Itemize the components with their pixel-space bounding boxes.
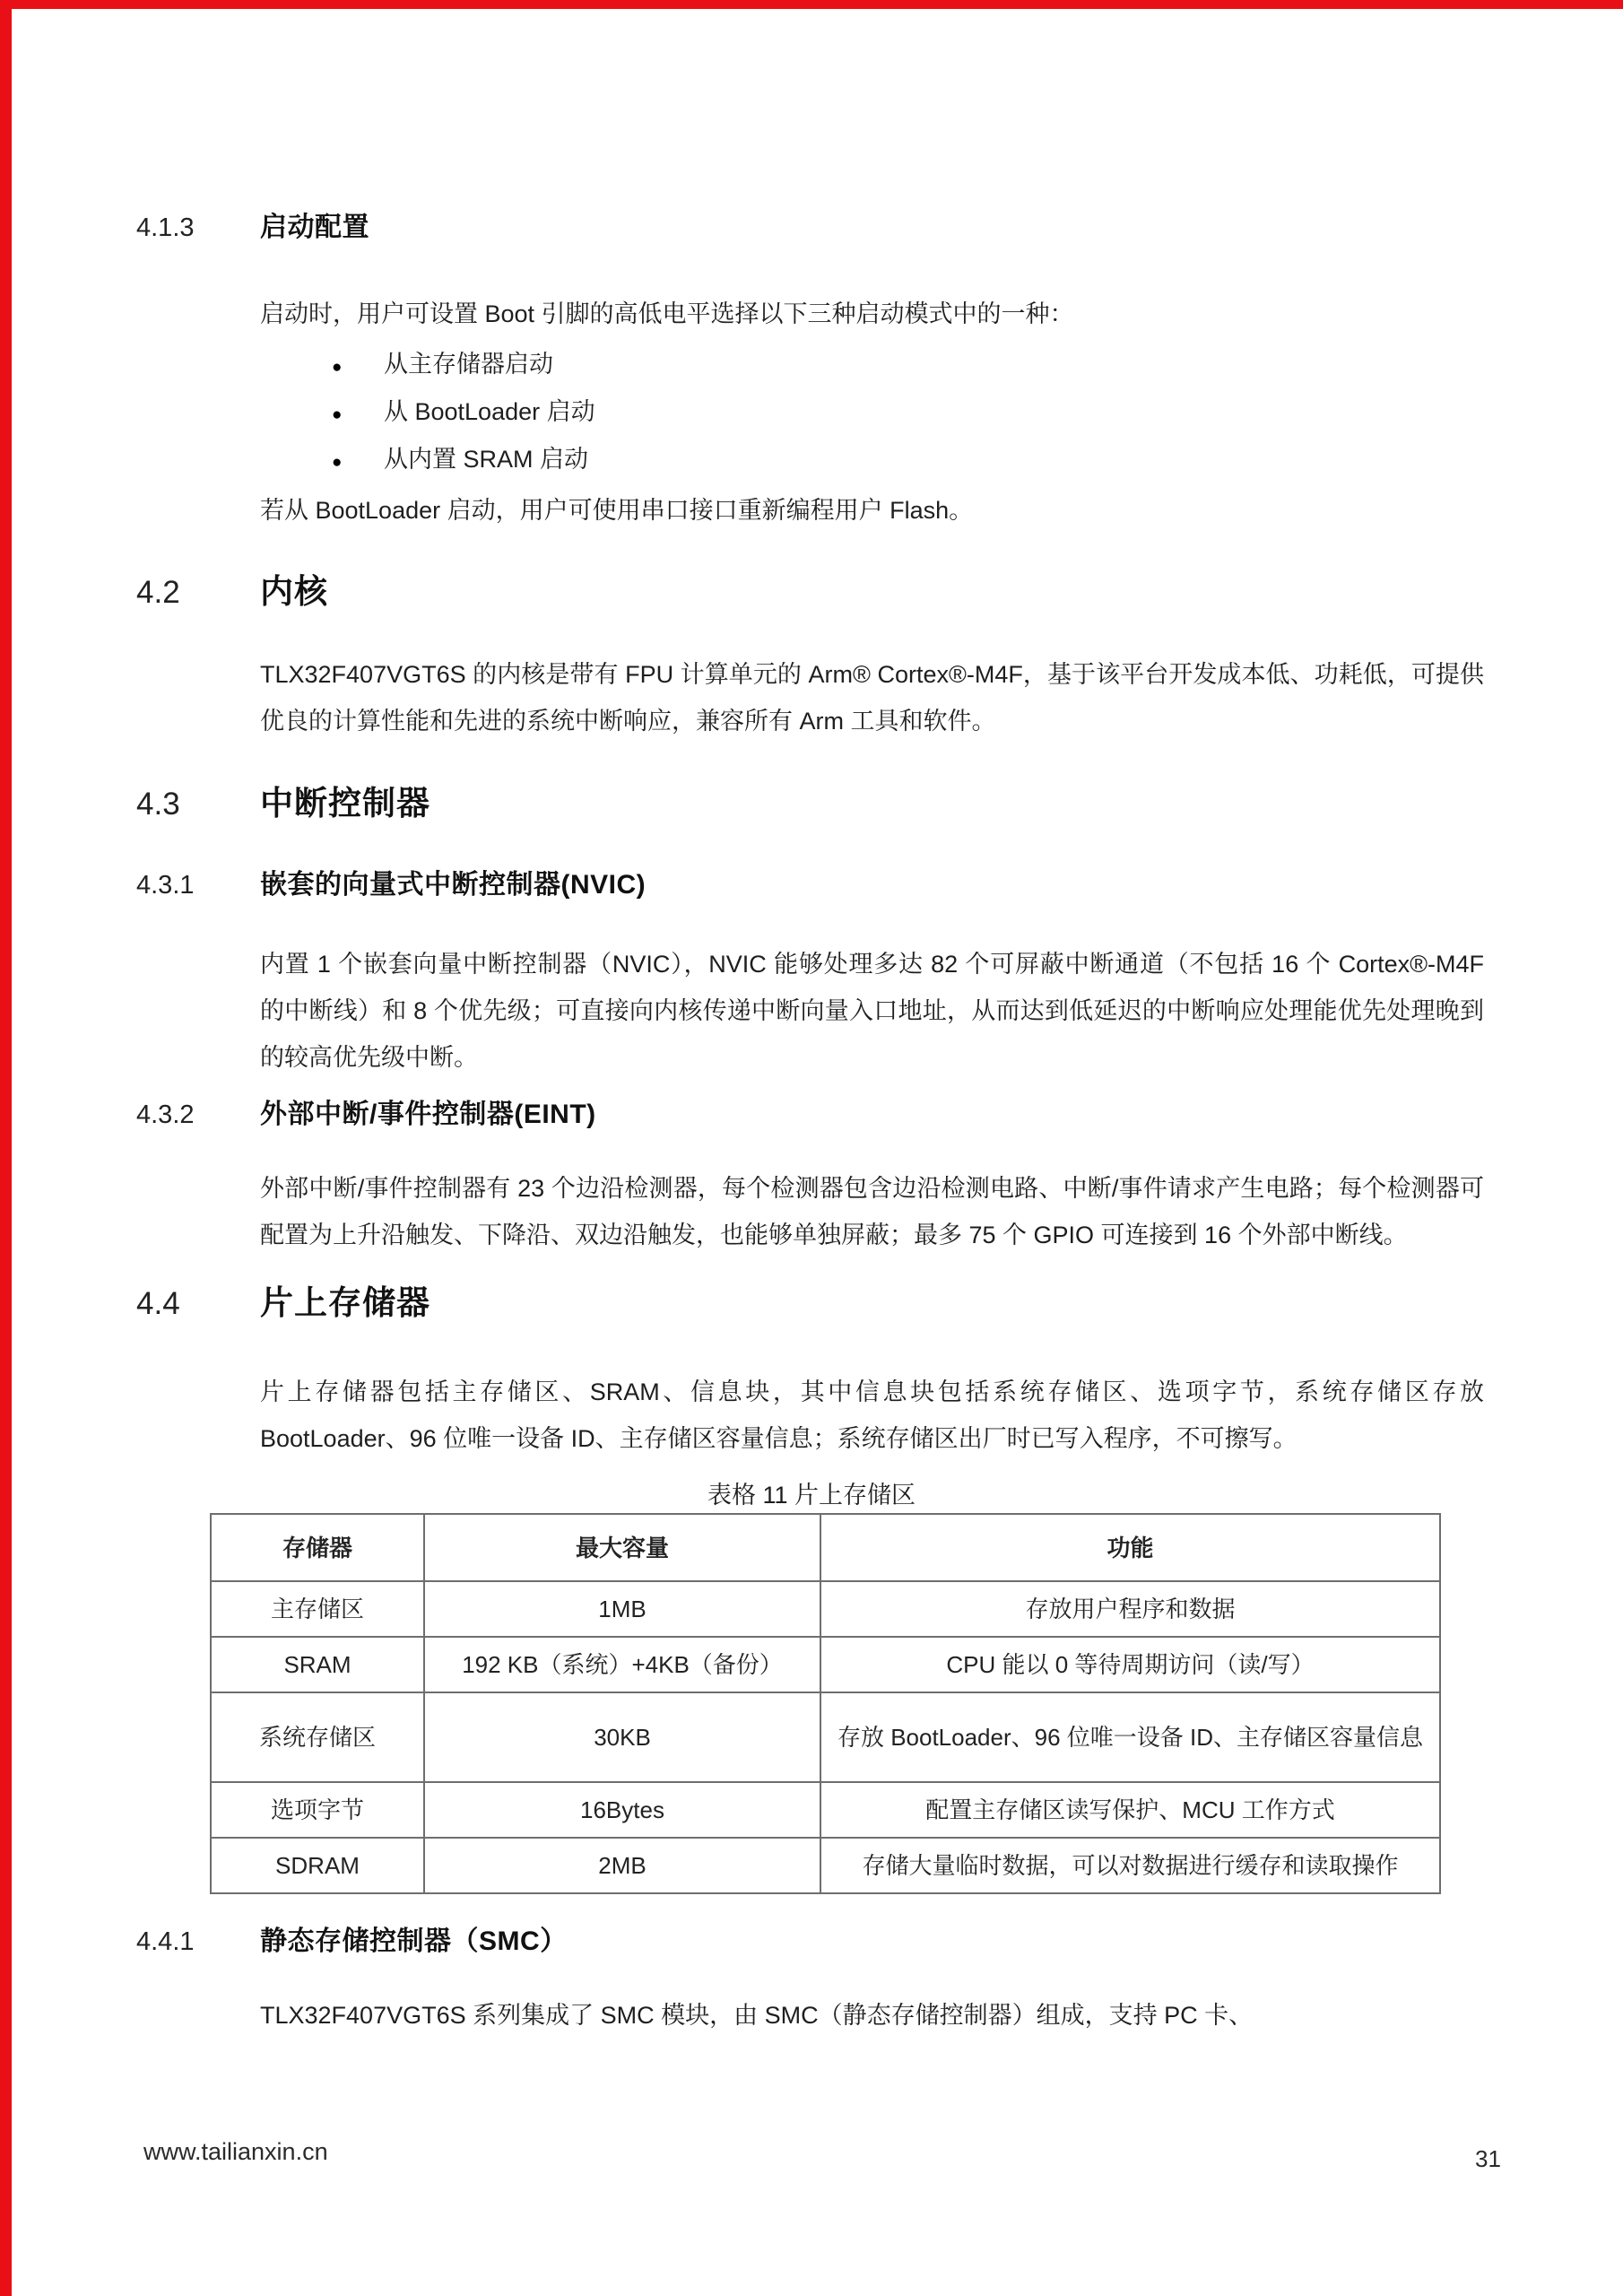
list-item: ● 从内置 SRAM 启动 — [260, 439, 1484, 487]
on-chip-memory-table: 存储器 最大容量 功能 主存储区 1MB 存放用户程序和数据 SRAM 192 … — [210, 1513, 1441, 1894]
cell-memory: 选项字节 — [211, 1782, 424, 1838]
paragraph-memory: 片上存储器包括主存储区、SRAM、信息块，其中信息块包括系统存储区、选项字节，系… — [260, 1369, 1484, 1462]
cell-function: 存放用户程序和数据 — [820, 1581, 1440, 1637]
bullet-icon: ● — [332, 453, 384, 473]
heading-4-4: 4.4 片上存储器 — [136, 1275, 1488, 1324]
cell-capacity: 16Bytes — [424, 1782, 820, 1838]
paragraph-nvic: 内置 1 个嵌套向量中断控制器（NVIC），NVIC 能够处理多达 82 个可屏… — [260, 941, 1484, 1081]
cell-function: CPU 能以 0 等待周期访问（读/写） — [820, 1637, 1440, 1692]
list-item-text: 从内置 SRAM 启动 — [384, 439, 588, 474]
heading-number: 4.3.1 — [136, 871, 260, 900]
column-header: 功能 — [820, 1514, 1440, 1581]
heading-4-3-1: 4.3.1 嵌套的向量式中断控制器(NVIC) — [136, 862, 1488, 901]
cell-function: 存储大量临时数据，可以对数据进行缓存和读取操作 — [820, 1838, 1440, 1893]
list-item-text: 从主存储器启动 — [384, 344, 553, 379]
document-page: 4.1.3 启动配置 启动时，用户可设置 Boot 引脚的高低电平选择以下三种启… — [0, 0, 1623, 2296]
bullet-icon: ● — [332, 405, 384, 425]
heading-number: 4.1.3 — [136, 213, 260, 243]
column-header: 存储器 — [211, 1514, 424, 1581]
red-left-border — [0, 0, 12, 2296]
heading-title: 内核 — [260, 564, 328, 613]
heading-number: 4.4 — [136, 1286, 260, 1322]
boot-mode-list: ● 从主存储器启动 ● 从 BootLoader 启动 ● 从内置 SRAM 启… — [260, 344, 1484, 487]
cell-capacity: 2MB — [424, 1838, 820, 1893]
bullet-icon: ● — [332, 358, 384, 378]
heading-4-4-1: 4.4.1 静态存储控制器（SMC） — [136, 1918, 1488, 1958]
table-row: SDRAM 2MB 存储大量临时数据，可以对数据进行缓存和读取操作 — [211, 1838, 1440, 1893]
heading-title: 外部中断/事件控制器(EINT) — [260, 1091, 596, 1131]
table-header-row: 存储器 最大容量 功能 — [211, 1514, 1440, 1581]
red-top-border — [0, 0, 1623, 9]
table-row: 主存储区 1MB 存放用户程序和数据 — [211, 1581, 1440, 1637]
heading-title: 静态存储控制器（SMC） — [260, 1918, 568, 1958]
heading-title: 嵌套的向量式中断控制器(NVIC) — [260, 862, 646, 901]
table-row: SRAM 192 KB（系统）+4KB（备份） CPU 能以 0 等待周期访问（… — [211, 1637, 1440, 1692]
paragraph-core: TLX32F407VGT6S 的内核是带有 FPU 计算单元的 Arm® Cor… — [260, 651, 1484, 744]
heading-number: 4.2 — [136, 575, 260, 611]
cell-function: 配置主存储区读写保护、MCU 工作方式 — [820, 1782, 1440, 1838]
cell-capacity: 1MB — [424, 1581, 820, 1637]
cell-memory: SRAM — [211, 1637, 424, 1692]
heading-number: 4.4.1 — [136, 1927, 260, 1957]
paragraph-eint: 外部中断/事件控制器有 23 个边沿检测器，每个检测器包含边沿检测电路、中断/事… — [260, 1165, 1484, 1258]
footer-website: www.tailianxin.cn — [143, 2138, 328, 2166]
paragraph-boot-note: 若从 BootLoader 启动，用户可使用串口接口重新编程用户 Flash。 — [260, 487, 1484, 534]
heading-title: 中断控制器 — [260, 776, 430, 824]
cell-memory: 主存储区 — [211, 1581, 424, 1637]
paragraph-boot-intro: 启动时，用户可设置 Boot 引脚的高低电平选择以下三种启动模式中的一种： — [260, 291, 1484, 337]
cell-function: 存放 BootLoader、96 位唯一设备 ID、主存储区容量信息 — [820, 1692, 1440, 1782]
heading-4-1-3: 4.1.3 启动配置 — [136, 204, 1488, 244]
heading-title: 启动配置 — [260, 204, 369, 244]
cell-memory: 系统存储区 — [211, 1692, 424, 1782]
heading-4-3: 4.3 中断控制器 — [136, 776, 1488, 824]
heading-4-2: 4.2 内核 — [136, 564, 1488, 613]
table-caption: 表格 11 片上存储区 — [0, 1477, 1623, 1513]
list-item-text: 从 BootLoader 启动 — [384, 392, 595, 427]
table-row: 系统存储区 30KB 存放 BootLoader、96 位唯一设备 ID、主存储… — [211, 1692, 1440, 1782]
list-item: ● 从主存储器启动 — [260, 344, 1484, 392]
list-item: ● 从 BootLoader 启动 — [260, 392, 1484, 439]
cell-memory: SDRAM — [211, 1838, 424, 1893]
paragraph-smc: TLX32F407VGT6S 系列集成了 SMC 模块，由 SMC（静态存储控制… — [260, 1992, 1484, 2039]
cell-capacity: 30KB — [424, 1692, 820, 1782]
heading-number: 4.3.2 — [136, 1100, 260, 1130]
table-row: 选项字节 16Bytes 配置主存储区读写保护、MCU 工作方式 — [211, 1782, 1440, 1838]
heading-4-3-2: 4.3.2 外部中断/事件控制器(EINT) — [136, 1091, 1488, 1131]
heading-number: 4.3 — [136, 787, 260, 822]
column-header: 最大容量 — [424, 1514, 820, 1581]
heading-title: 片上存储器 — [260, 1275, 430, 1324]
page-number: 31 — [1475, 2145, 1501, 2173]
cell-capacity: 192 KB（系统）+4KB（备份） — [424, 1637, 820, 1692]
